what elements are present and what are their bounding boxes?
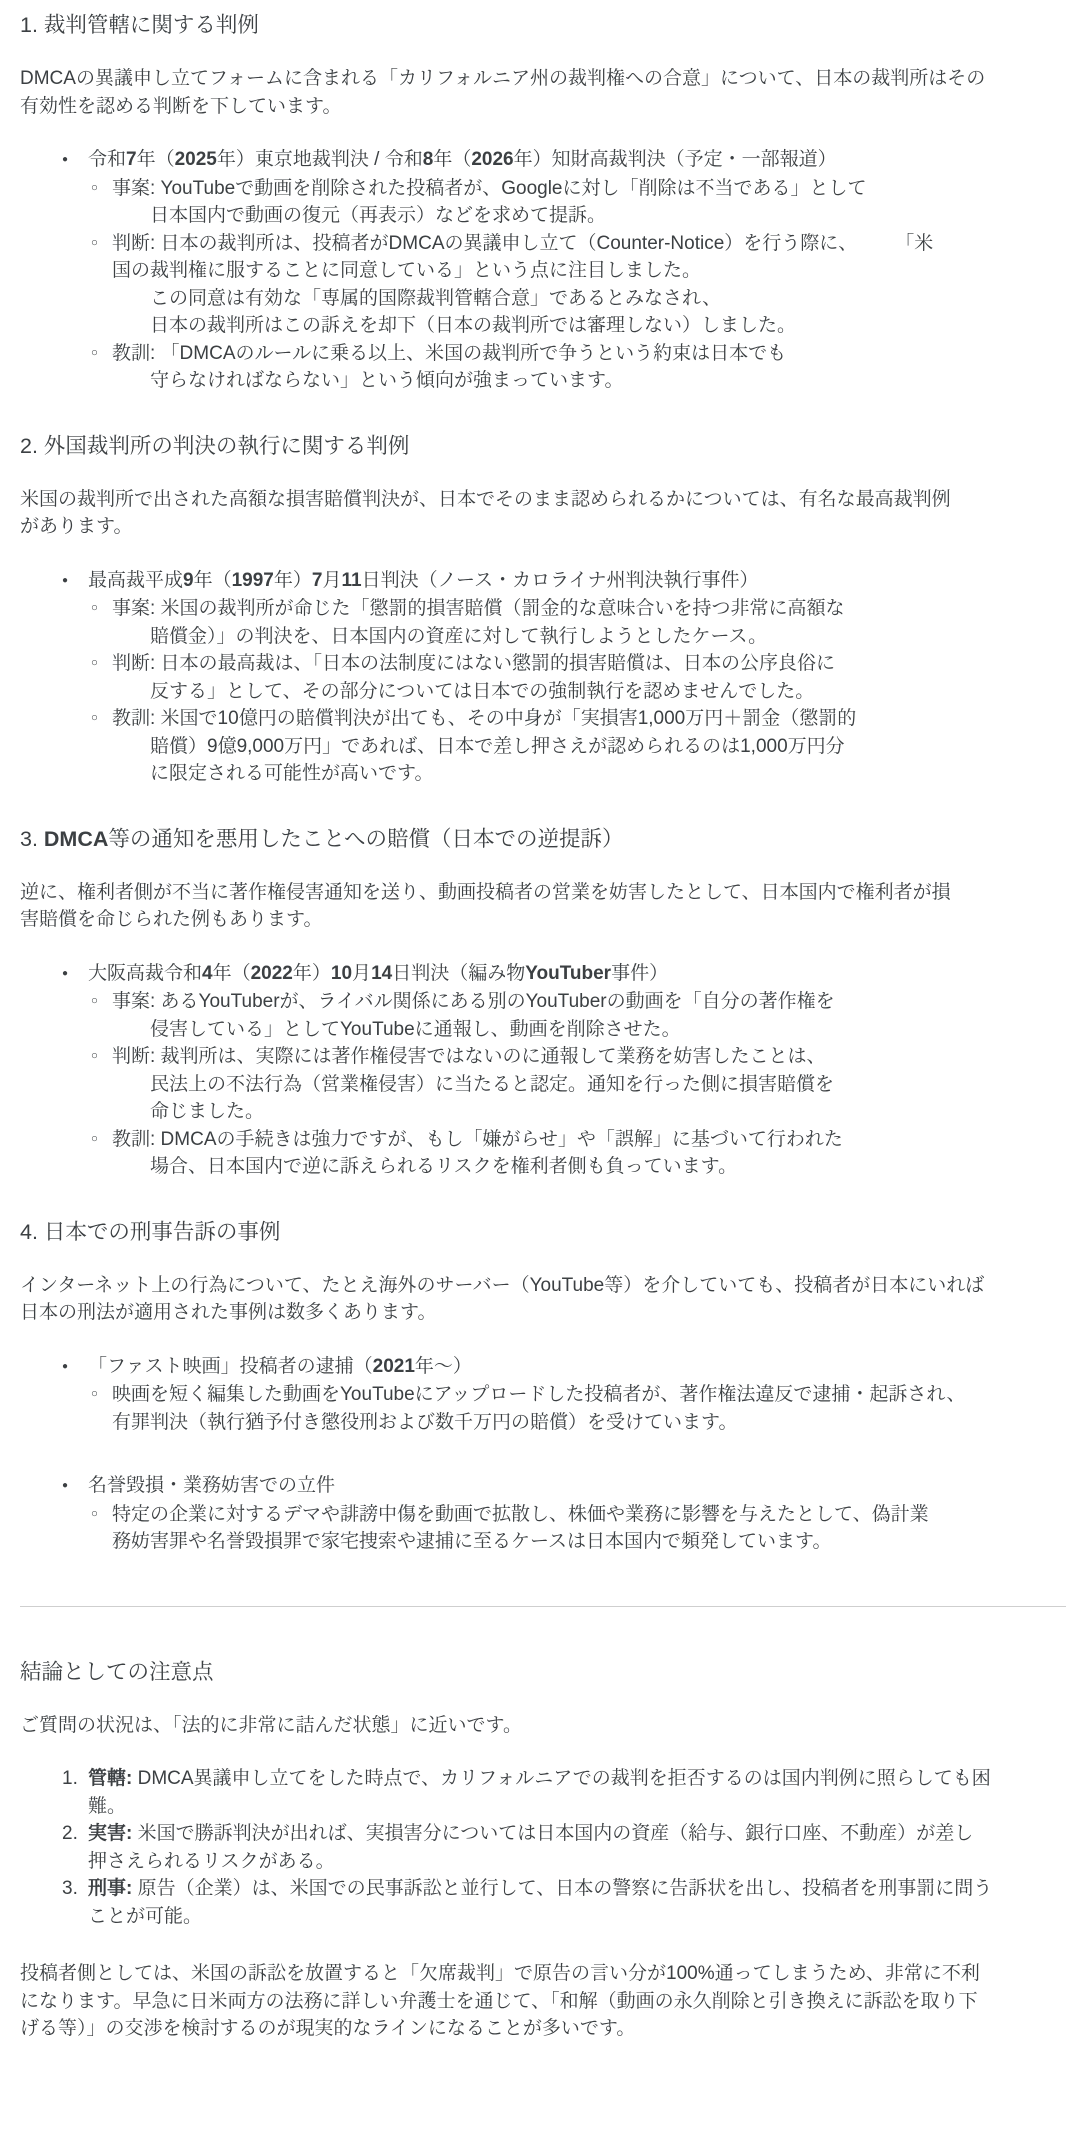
sub-list-item-text: 特定の企業に対するデマや誹謗中傷を動画で拡散し、株価や業務に影響を与えたとして、…	[112, 1501, 1066, 1556]
paragraph: 投稿者側としては、米国の訴訟を放置すると「欠席裁判」で原告の言い分が100%通っ…	[20, 1960, 1066, 2043]
section-divider	[20, 1606, 1066, 1607]
sub-list-item: 事案: YouTubeで動画を削除された投稿者が、Googleに対し「削除は不当…	[88, 175, 1066, 230]
text-segment: 年）知財高裁判決（予定・一部報道）	[514, 149, 837, 170]
bold-text: 実害:	[88, 1823, 132, 1844]
sub-list-item: 映画を短く編集した動画をYouTubeにアップロードした投稿者が、著作権法違反で…	[88, 1381, 1066, 1436]
text-segment: 結論としての注意点	[20, 1660, 214, 1684]
bold-text: 7	[126, 149, 137, 170]
text-segment: 年（	[213, 963, 251, 984]
text-segment: 年（	[433, 149, 471, 170]
text-segment: 投稿者側としては、米国の訴訟を放置すると「欠席裁判」で原告の言い分が100%通っ…	[20, 1963, 980, 2039]
section-heading: 結論としての注意点	[20, 1657, 1066, 1687]
text-segment: 2. 外国裁判所の判決の執行に関する判例	[20, 434, 409, 458]
sub-list-item: 判断: 日本の裁判所は、投稿者がDMCAの異議申し立て（Counter-Noti…	[88, 230, 1066, 340]
bold-text: 刑事:	[88, 1878, 132, 1899]
item-number: 1.	[62, 1765, 78, 1793]
text-segment: インターネット上の行為について、たとえ海外のサーバー（YouTube等）を介して…	[20, 1275, 984, 1324]
list-item-title: 名誉毀損・業務妨害での立件	[88, 1472, 1066, 1500]
text-segment: 「ファスト映画」投稿者の逮捕（	[88, 1356, 373, 1377]
sub-list-item-text: 教訓: 米国で10億円の賠償判決が出ても、その中身が「実損害1,000万円＋罰金…	[112, 705, 1066, 788]
list-item: 名誉毀損・業務妨害での立件特定の企業に対するデマや誹謗中傷を動画で拡散し、株価や…	[20, 1472, 1066, 1556]
sub-list-item-text: 判断: 裁判所は、実際には著作権侵害ではないのに通報して業務を妨害したことは、 …	[112, 1043, 1066, 1126]
bold-text: 1997	[232, 570, 274, 591]
text-segment: 最高裁平成	[88, 570, 183, 591]
text-segment: 等の通知を悪用したことへの賠償（日本での逆提訴）	[108, 827, 623, 851]
item-number: 3.	[62, 1875, 78, 1903]
text-segment: 3.	[20, 827, 44, 851]
text-segment: 1. 裁判管轄に関する判例	[20, 13, 259, 37]
bullet-list: 令和7年（2025年）東京地裁判決 / 令和8年（2026年）知財高裁判決（予定…	[20, 146, 1066, 395]
sub-list-item: 判断: 日本の最高裁は、「日本の法制度にはない懲罰的損害賠償は、日本の公序良俗に…	[88, 650, 1066, 705]
sub-list-item: 事案: 米国の裁判所が命じた「懲罰的損害賠償（罰金的な意味合いを持つ非常に高額な…	[88, 595, 1066, 650]
bold-text: DMCA	[44, 827, 109, 851]
sub-list-item: 特定の企業に対するデマや誹謗中傷を動画で拡散し、株価や業務に影響を与えたとして、…	[88, 1501, 1066, 1556]
sub-list-item: 事案: あるYouTuberが、ライバル関係にある別のYouTuberの動画を「…	[88, 988, 1066, 1043]
bold-text: 8	[423, 149, 434, 170]
text-segment: 大阪高裁令和	[88, 963, 202, 984]
text-segment: 日判決（ノース・カロライナ州判決執行事件）	[362, 570, 759, 591]
bold-text: 2022	[251, 963, 293, 984]
paragraph: 逆に、権利者側が不当に著作権侵害通知を送り、動画投稿者の営業を妨害したとして、日…	[20, 879, 1066, 934]
text-segment: 年（	[194, 570, 232, 591]
paragraph: インターネット上の行為について、たとえ海外のサーバー（YouTube等）を介して…	[20, 1272, 1066, 1327]
text-segment: DMCA異議申し立てをした時点で、カリフォルニアでの裁判を拒否するのは国内判例に…	[88, 1768, 991, 1817]
list-item-title: 大阪高裁令和4年（2022年）10月14日判決（編み物YouTuber事件）	[88, 960, 1066, 988]
sub-list-item: 教訓: DMCAの手続きは強力ですが、もし「嫌がらせ」や「誤解」に基づいて行われ…	[88, 1126, 1066, 1181]
bold-text: 14	[371, 963, 392, 984]
numbered-item: 3.刑事: 原告（企業）は、米国での民事訴訟と並行して、日本の警察に告訴状を出し…	[20, 1875, 1066, 1930]
text-segment: 月	[322, 570, 341, 591]
sub-list-item-text: 教訓: DMCAの手続きは強力ですが、もし「嫌がらせ」や「誤解」に基づいて行われ…	[112, 1126, 1066, 1181]
list-item-title: 「ファスト映画」投稿者の逮捕（2021年～）	[88, 1353, 1066, 1381]
text-segment: 事件）	[611, 963, 668, 984]
bold-text: 管轄:	[88, 1768, 132, 1789]
text-segment: 米国の裁判所で出された高額な損害賠償判決が、日本でそのまま認められるかについては…	[20, 489, 951, 538]
sub-list-item-text: 事案: あるYouTuberが、ライバル関係にある別のYouTuberの動画を「…	[112, 988, 1066, 1043]
list-item: 令和7年（2025年）東京地裁判決 / 令和8年（2026年）知財高裁判決（予定…	[20, 146, 1066, 395]
bold-text: YouTuber	[525, 963, 611, 984]
text-segment: 原告（企業）は、米国での民事訴訟と並行して、日本の警察に告訴状を出し、投稿者を刑…	[88, 1878, 992, 1927]
bullet-list: 最高裁平成9年（1997年）7月11日判決（ノース・カロライナ州判決執行事件）事…	[20, 567, 1066, 788]
paragraph: 米国の裁判所で出された高額な損害賠償判決が、日本でそのまま認められるかについては…	[20, 486, 1066, 541]
numbered-item-text: 実害: 米国で勝訴判決が出れば、実損害分については日本国内の資産（給与、銀行口座…	[88, 1820, 1066, 1875]
text-segment: 年）	[274, 570, 312, 591]
text-segment: 4. 日本での刑事告訴の事例	[20, 1220, 280, 1244]
numbered-item: 2.実害: 米国で勝訴判決が出れば、実損害分については日本国内の資産（給与、銀行…	[20, 1820, 1066, 1875]
text-segment: 日判決（編み物	[392, 963, 525, 984]
bold-text: 2026	[471, 149, 513, 170]
sub-list-item: 教訓: 「DMCAのルールに乗る以上、米国の裁判所で争うという約束は日本でも 守…	[88, 340, 1066, 395]
section-heading: 2. 外国裁判所の判決の執行に関する判例	[20, 431, 1066, 461]
sub-list-item-text: 事案: YouTubeで動画を削除された投稿者が、Googleに対し「削除は不当…	[112, 175, 1066, 230]
bold-text: 9	[183, 570, 194, 591]
text-segment: ご質問の状況は、「法的に非常に詰んだ状態」に近いです。	[20, 1715, 522, 1736]
text-segment: 年）東京地裁判決 / 令和	[217, 149, 423, 170]
list-item-title: 令和7年（2025年）東京地裁判決 / 令和8年（2026年）知財高裁判決（予定…	[88, 146, 1066, 174]
bold-text: 2021	[373, 1356, 415, 1377]
item-number: 2.	[62, 1820, 78, 1848]
text-segment: 逆に、権利者側が不当に著作権侵害通知を送り、動画投稿者の営業を妨害したとして、日…	[20, 882, 951, 931]
numbered-item: 1.管轄: DMCA異議申し立てをした時点で、カリフォルニアでの裁判を拒否するの…	[20, 1765, 1066, 1820]
sub-list-item-text: 判断: 日本の最高裁は、「日本の法制度にはない懲罰的損害賠償は、日本の公序良俗に…	[112, 650, 1066, 705]
numbered-list: 1.管轄: DMCA異議申し立てをした時点で、カリフォルニアでの裁判を拒否するの…	[20, 1765, 1066, 1930]
text-segment: 月	[352, 963, 371, 984]
bold-text: 11	[342, 570, 362, 591]
sub-list-item-text: 映画を短く編集した動画をYouTubeにアップロードした投稿者が、著作権法違反で…	[112, 1381, 1066, 1436]
text-segment: 年（	[137, 149, 175, 170]
text-segment: 年）	[293, 963, 331, 984]
section-heading: 4. 日本での刑事告訴の事例	[20, 1217, 1066, 1247]
text-segment: DMCAの異議申し立てフォームに含まれる「カリフォルニア州の裁判権への合意」につ…	[20, 68, 985, 117]
sub-list-item: 教訓: 米国で10億円の賠償判決が出ても、その中身が「実損害1,000万円＋罰金…	[88, 705, 1066, 788]
sub-list-item: 判断: 裁判所は、実際には著作権侵害ではないのに通報して業務を妨害したことは、 …	[88, 1043, 1066, 1126]
bullet-list: 大阪高裁令和4年（2022年）10月14日判決（編み物YouTuber事件）事案…	[20, 960, 1066, 1181]
bold-text: 7	[312, 570, 323, 591]
text-segment: 令和	[88, 149, 126, 170]
sub-list-item-text: 判断: 日本の裁判所は、投稿者がDMCAの異議申し立て（Counter-Noti…	[112, 230, 1066, 340]
sub-list-item-text: 教訓: 「DMCAのルールに乗る以上、米国の裁判所で争うという約束は日本でも 守…	[112, 340, 1066, 395]
numbered-item-text: 管轄: DMCA異議申し立てをした時点で、カリフォルニアでの裁判を拒否するのは国…	[88, 1765, 1066, 1820]
bold-text: 4	[202, 963, 213, 984]
list-item: 「ファスト映画」投稿者の逮捕（2021年～）映画を短く編集した動画をYouTub…	[20, 1353, 1066, 1437]
text-segment: 年～）	[415, 1356, 472, 1377]
list-item: 大阪高裁令和4年（2022年）10月14日判決（編み物YouTuber事件）事案…	[20, 960, 1066, 1181]
section-heading: 1. 裁判管轄に関する判例	[20, 10, 1066, 40]
bold-text: 10	[331, 963, 352, 984]
list-item-title: 最高裁平成9年（1997年）7月11日判決（ノース・カロライナ州判決執行事件）	[88, 567, 1066, 595]
paragraph: ご質問の状況は、「法的に非常に詰んだ状態」に近いです。	[20, 1712, 1066, 1740]
bold-text: 2025	[175, 149, 217, 170]
section-heading: 3. DMCA等の通知を悪用したことへの賠償（日本での逆提訴）	[20, 824, 1066, 854]
sub-list-item-text: 事案: 米国の裁判所が命じた「懲罰的損害賠償（罰金的な意味合いを持つ非常に高額な…	[112, 595, 1066, 650]
numbered-item-text: 刑事: 原告（企業）は、米国での民事訴訟と並行して、日本の警察に告訴状を出し、投…	[88, 1875, 1066, 1930]
document-body: 1. 裁判管轄に関する判例DMCAの異議申し立てフォームに含まれる「カリフォルニ…	[0, 0, 1086, 2129]
text-segment: 名誉毀損・業務妨害での立件	[88, 1475, 335, 1496]
text-segment: 米国で勝訴判決が出れば、実損害分については日本国内の資産（給与、銀行口座、不動産…	[88, 1823, 973, 1872]
paragraph: DMCAの異議申し立てフォームに含まれる「カリフォルニア州の裁判権への合意」につ…	[20, 65, 1066, 120]
list-item: 最高裁平成9年（1997年）7月11日判決（ノース・カロライナ州判決執行事件）事…	[20, 567, 1066, 788]
bullet-list: 「ファスト映画」投稿者の逮捕（2021年～）映画を短く編集した動画をYouTub…	[20, 1353, 1066, 1556]
